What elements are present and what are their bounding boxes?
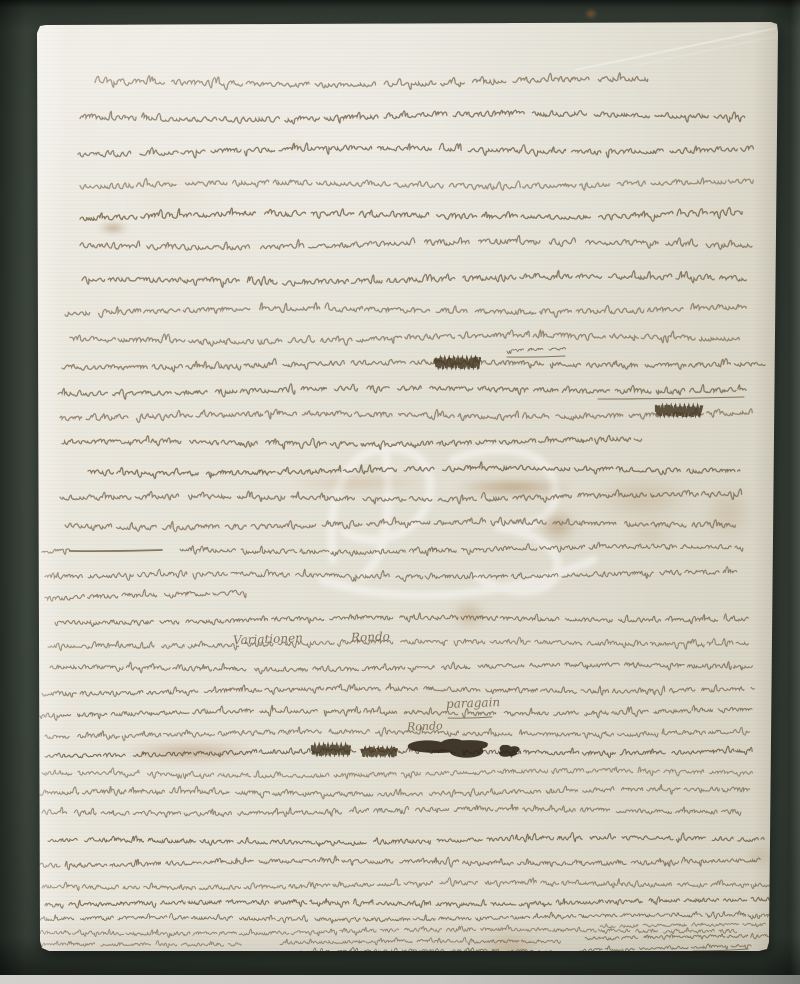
handwriting-line — [88, 462, 740, 479]
handwriting-line — [35, 911, 776, 923]
handwriting-line — [65, 517, 735, 531]
handwriting-line — [62, 357, 765, 372]
ink-blot — [408, 739, 488, 758]
inserted-word — [507, 347, 565, 353]
handwriting-line — [600, 923, 765, 928]
handwriting-line — [45, 897, 772, 908]
handwriting-line — [300, 947, 552, 953]
handwriting-line — [45, 727, 749, 741]
inked-out-word — [435, 357, 480, 369]
handwriting-line — [78, 143, 753, 158]
handwriting-line — [580, 944, 751, 952]
ink-underline — [598, 397, 744, 399]
handwriting-lines — [33, 20, 782, 955]
ink-underline — [693, 949, 748, 951]
inked-out-word — [656, 405, 702, 417]
handwriting-line — [42, 549, 70, 555]
handwriting-line — [42, 878, 770, 891]
letter-sheet-wrap: Variationen Rondo Rondo paragain — [33, 20, 782, 955]
handwriting-line — [40, 785, 750, 799]
handwriting-line — [180, 542, 743, 556]
handwriting-line — [45, 746, 752, 758]
handwriting-line — [58, 384, 746, 400]
ink-underline — [448, 717, 492, 718]
handwriting-line — [38, 941, 241, 948]
handwriting-line — [80, 178, 753, 190]
ink-blot — [499, 745, 520, 757]
handwriting-line — [55, 613, 748, 626]
handwriting-line — [48, 637, 748, 650]
handwriting-line — [80, 110, 745, 124]
ink-underline — [507, 356, 565, 357]
ink-blot-part — [503, 748, 516, 753]
mat-speck — [584, 8, 598, 20]
handwriting-line — [40, 705, 752, 720]
handwriting-line — [60, 489, 742, 504]
handwriting-line — [42, 767, 752, 779]
handwriting-line — [60, 408, 752, 422]
legible-word: Rondo — [407, 719, 443, 733]
handwriting-line — [280, 937, 560, 944]
handwriting-line — [45, 567, 737, 582]
handwriting-line — [50, 662, 752, 674]
handwriting-line — [40, 856, 760, 870]
handwriting-line — [62, 435, 642, 449]
legible-word: paragain — [446, 695, 501, 711]
legible-word: Variationen — [233, 631, 303, 647]
handwriting-line — [80, 236, 752, 251]
handwriting-line — [80, 208, 742, 222]
inked-out-word — [312, 744, 350, 755]
handwriting-line — [585, 933, 772, 940]
handwriting-line — [45, 590, 246, 602]
handwriting-line — [42, 683, 754, 697]
handwriting-line — [95, 73, 648, 90]
photo-of-letter: Variationen Rondo Rondo paragain — [0, 0, 800, 984]
handwriting-line — [65, 303, 746, 318]
handwriting-line — [82, 270, 746, 287]
ink-underline — [70, 550, 162, 551]
handwriting-line — [70, 330, 739, 346]
letter-page: Variationen Rondo Rondo paragain — [33, 20, 782, 955]
photo-bottom-edge-strip — [0, 975, 800, 984]
handwriting-line — [48, 833, 764, 847]
legible-word: Rondo — [351, 629, 390, 644]
handwriting-line — [42, 804, 741, 817]
ink-blot-part — [412, 745, 464, 753]
